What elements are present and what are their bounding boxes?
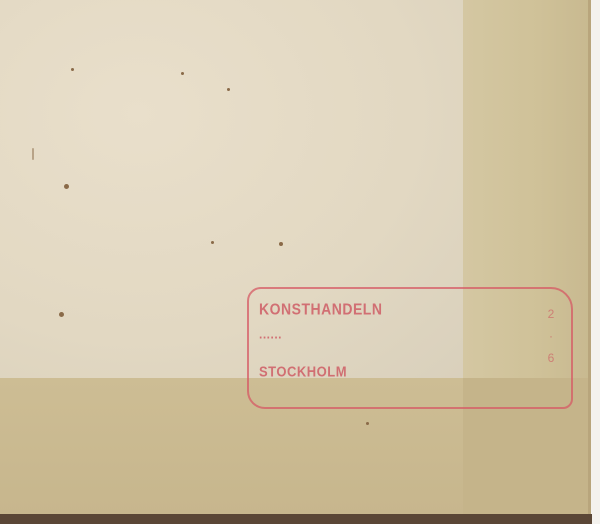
stamp-right-marks: 2 · 6	[541, 303, 561, 389]
foxing-spot	[211, 241, 214, 244]
foxing-spot	[71, 68, 74, 71]
foxing-spot	[59, 312, 64, 317]
dealer-stamp: KONSTHANDELN ...... STOCKHOLM 2 · 6	[247, 287, 573, 409]
foxing-spot	[279, 242, 283, 246]
foxing-spot	[32, 148, 34, 160]
stamp-line-3: STOCKHOLM	[259, 363, 347, 380]
foxing-spot	[64, 184, 69, 189]
board-edge-bottom	[0, 514, 592, 524]
stamp-mark: ·	[541, 325, 561, 347]
foxing-spot	[181, 72, 184, 75]
stamp-mark: 6	[541, 347, 561, 369]
stamp-mark: 2	[541, 303, 561, 325]
stamp-line-2: ......	[259, 326, 282, 341]
board-edge-right	[588, 0, 591, 516]
stamp-line-1: KONSTHANDELN	[259, 300, 382, 318]
foxing-spot	[227, 88, 230, 91]
foxing-spot	[366, 422, 369, 425]
